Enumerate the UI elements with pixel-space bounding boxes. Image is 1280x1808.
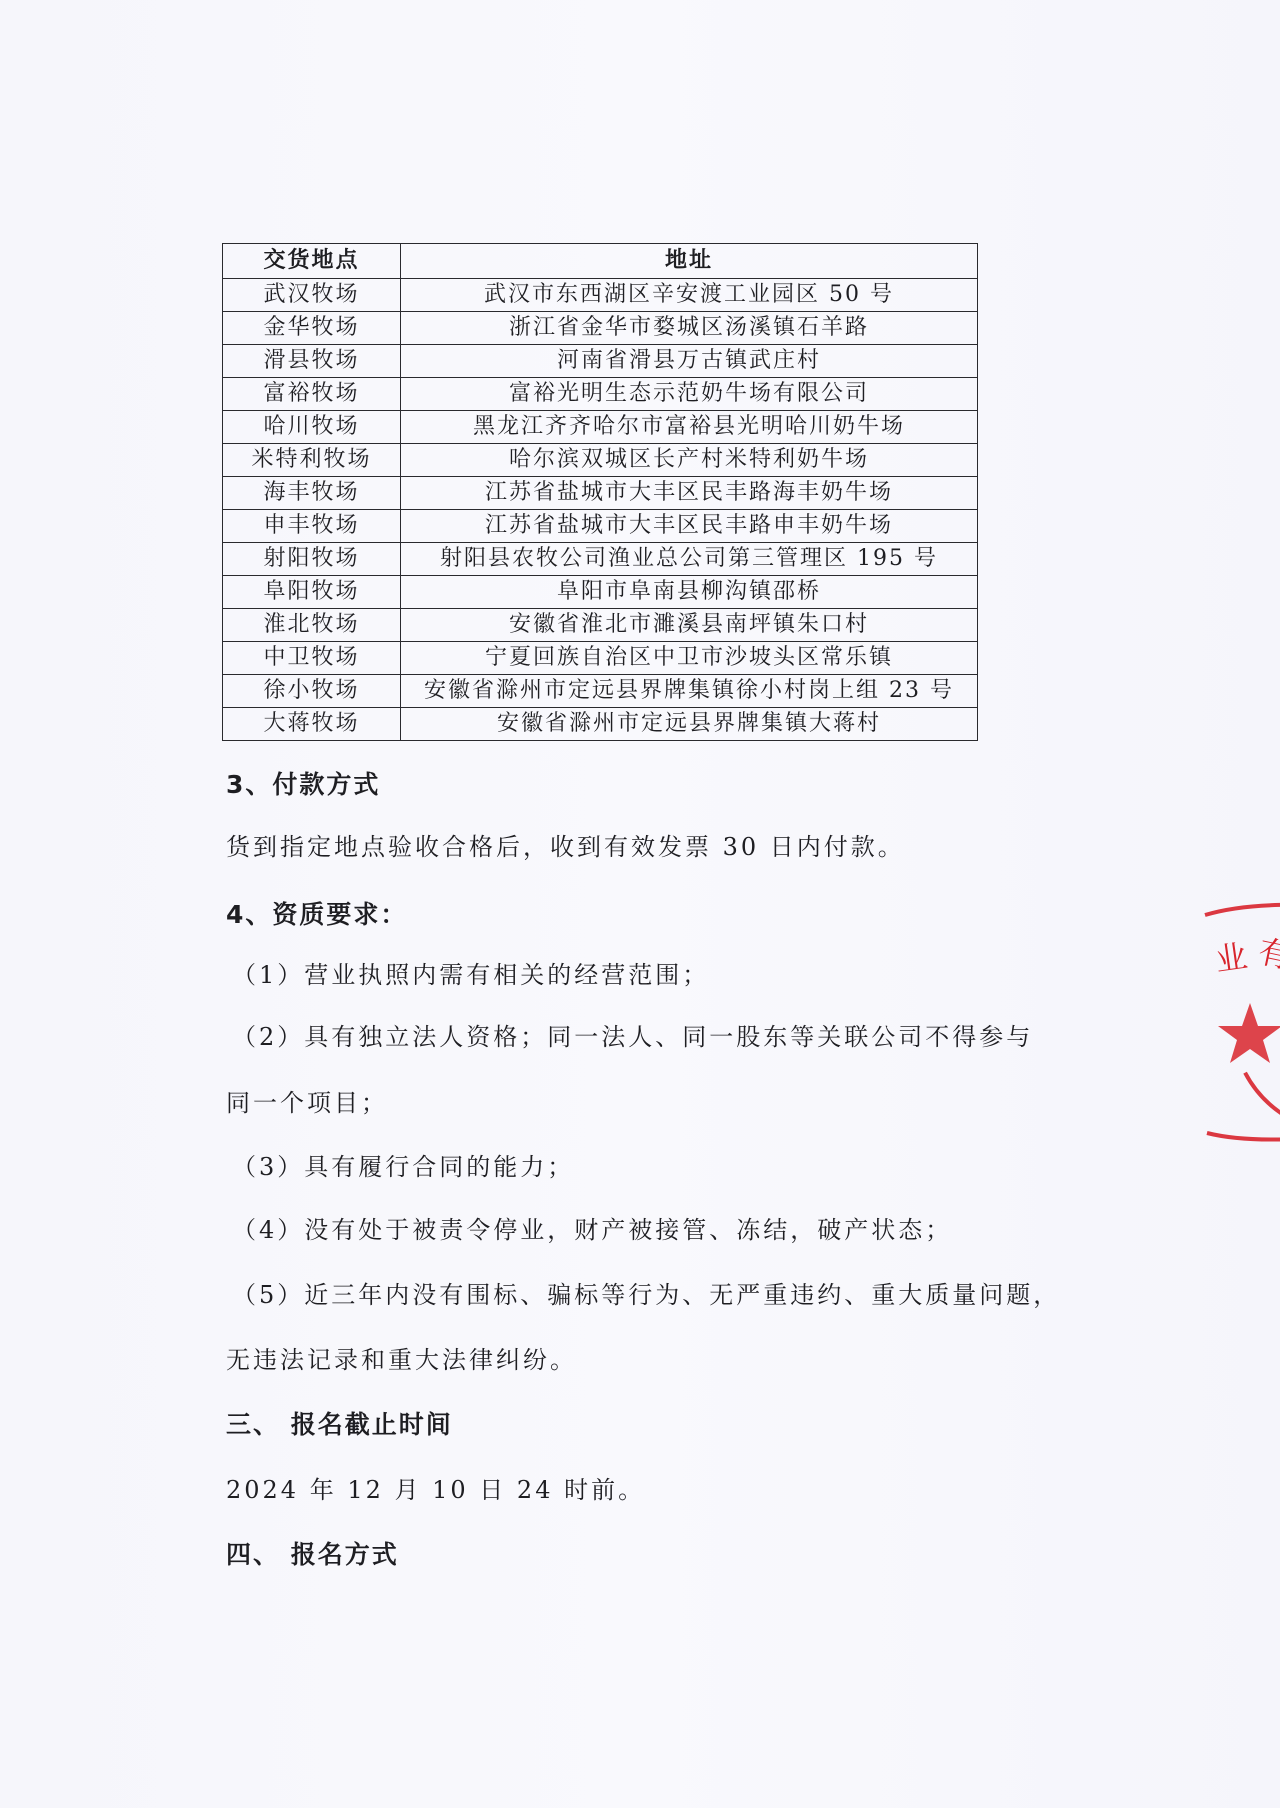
table-row: 徐小牧场安徽省滁州市定远县界牌集镇徐小村岗上组 23 号 [223, 675, 978, 708]
site-cell: 申丰牧场 [223, 510, 401, 543]
address-cell: 安徽省淮北市濉溪县南坪镇朱口村 [401, 609, 978, 642]
site-cell: 阜阳牧场 [223, 576, 401, 609]
qualification-item-4: （4）没有处于被责令停业，财产被接管、冻结，破产状态； [232, 1214, 952, 1246]
header-delivery-site: 交货地点 [223, 244, 401, 279]
address-cell: 浙江省金华市婺城区汤溪镇石羊路 [401, 312, 978, 345]
site-cell: 滑县牧场 [223, 345, 401, 378]
site-cell: 大蒋牧场 [223, 708, 401, 741]
table-row: 淮北牧场安徽省淮北市濉溪县南坪镇朱口村 [223, 609, 978, 642]
site-cell: 徐小牧场 [223, 675, 401, 708]
star-icon [1218, 1003, 1280, 1063]
qualification-item-2: （2）具有独立法人资格；同一法人、同一股东等关联公司不得参与 [232, 1021, 1033, 1053]
payment-text: 货到指定地点验收合格后，收到有效发票 30 日内付款。 [226, 831, 905, 863]
qualification-item-1: （1）营业执照内需有相关的经营范围； [232, 959, 709, 991]
address-cell: 安徽省滁州市定远县界牌集镇大蒋村 [401, 708, 978, 741]
address-cell: 黑龙江齐齐哈尔市富裕县光明哈川奶牛场 [401, 411, 978, 444]
seal-char-1: 业 [1212, 931, 1250, 981]
qualification-item-5-cont: 无违法记录和重大法律纠纷。 [226, 1344, 577, 1376]
address-cell: 富裕光明生态示范奶牛场有限公司 [401, 378, 978, 411]
address-cell: 阜阳市阜南县柳沟镇邵桥 [401, 576, 978, 609]
table-row: 中卫牧场宁夏回族自治区中卫市沙坡头区常乐镇 [223, 642, 978, 675]
payment-heading: 3、付款方式 [226, 769, 380, 801]
qualification-heading: 4、资质要求： [226, 899, 407, 931]
address-cell: 江苏省盐城市大丰区民丰路海丰奶牛场 [401, 477, 978, 510]
site-cell: 武汉牧场 [223, 279, 401, 312]
address-cell: 武汉市东西湖区辛安渡工业园区 50 号 [401, 279, 978, 312]
site-cell: 哈川牧场 [223, 411, 401, 444]
address-cell: 射阳县农牧公司渔业总公司第三管理区 195 号 [401, 543, 978, 576]
table-row: 富裕牧场富裕光明生态示范奶牛场有限公司 [223, 378, 978, 411]
site-cell: 海丰牧场 [223, 477, 401, 510]
table-row: 阜阳牧场阜阳市阜南县柳沟镇邵桥 [223, 576, 978, 609]
qualification-item-3: （3）具有履行合同的能力； [232, 1151, 574, 1183]
document-page: 交货地点 地址 武汉牧场武汉市东西湖区辛安渡工业园区 50 号 金华牧场浙江省金… [0, 0, 1280, 1808]
delivery-locations-table: 交货地点 地址 武汉牧场武汉市东西湖区辛安渡工业园区 50 号 金华牧场浙江省金… [222, 243, 978, 741]
table-row: 大蒋牧场安徽省滁州市定远县界牌集镇大蒋村 [223, 708, 978, 741]
table-row: 哈川牧场黑龙江齐齐哈尔市富裕县光明哈川奶牛场 [223, 411, 978, 444]
qualification-item-5: （5）近三年内没有围标、骗标等行为、无严重违约、重大质量问题， [232, 1279, 1060, 1311]
header-address: 地址 [401, 244, 978, 279]
table-row: 武汉牧场武汉市东西湖区辛安渡工业园区 50 号 [223, 279, 978, 312]
registration-heading: 四、 报名方式 [226, 1539, 399, 1571]
table-row: 金华牧场浙江省金华市婺城区汤溪镇石羊路 [223, 312, 978, 345]
table-row: 滑县牧场河南省滑县万古镇武庄村 [223, 345, 978, 378]
table-row: 申丰牧场江苏省盐城市大丰区民丰路申丰奶牛场 [223, 510, 978, 543]
address-cell: 江苏省盐城市大丰区民丰路申丰奶牛场 [401, 510, 978, 543]
qualification-item-2-cont: 同一个项目； [226, 1087, 388, 1119]
table-row: 米特利牧场哈尔滨双城区长产村米特利奶牛场 [223, 444, 978, 477]
address-cell: 河南省滑县万古镇武庄村 [401, 345, 978, 378]
site-cell: 金华牧场 [223, 312, 401, 345]
deadline-text: 2024 年 12 月 10 日 24 时前。 [226, 1474, 645, 1506]
official-seal-stamp: 业 有 [1195, 895, 1280, 1145]
address-cell: 安徽省滁州市定远县界牌集镇徐小村岗上组 23 号 [401, 675, 978, 708]
table-header-row: 交货地点 地址 [223, 244, 978, 279]
address-cell: 宁夏回族自治区中卫市沙坡头区常乐镇 [401, 642, 978, 675]
deadline-heading: 三、 报名截止时间 [226, 1409, 453, 1441]
site-cell: 淮北牧场 [223, 609, 401, 642]
table-row: 射阳牧场射阳县农牧公司渔业总公司第三管理区 195 号 [223, 543, 978, 576]
address-cell: 哈尔滨双城区长产村米特利奶牛场 [401, 444, 978, 477]
site-cell: 中卫牧场 [223, 642, 401, 675]
site-cell: 米特利牧场 [223, 444, 401, 477]
site-cell: 富裕牧场 [223, 378, 401, 411]
table-row: 海丰牧场江苏省盐城市大丰区民丰路海丰奶牛场 [223, 477, 978, 510]
site-cell: 射阳牧场 [223, 543, 401, 576]
